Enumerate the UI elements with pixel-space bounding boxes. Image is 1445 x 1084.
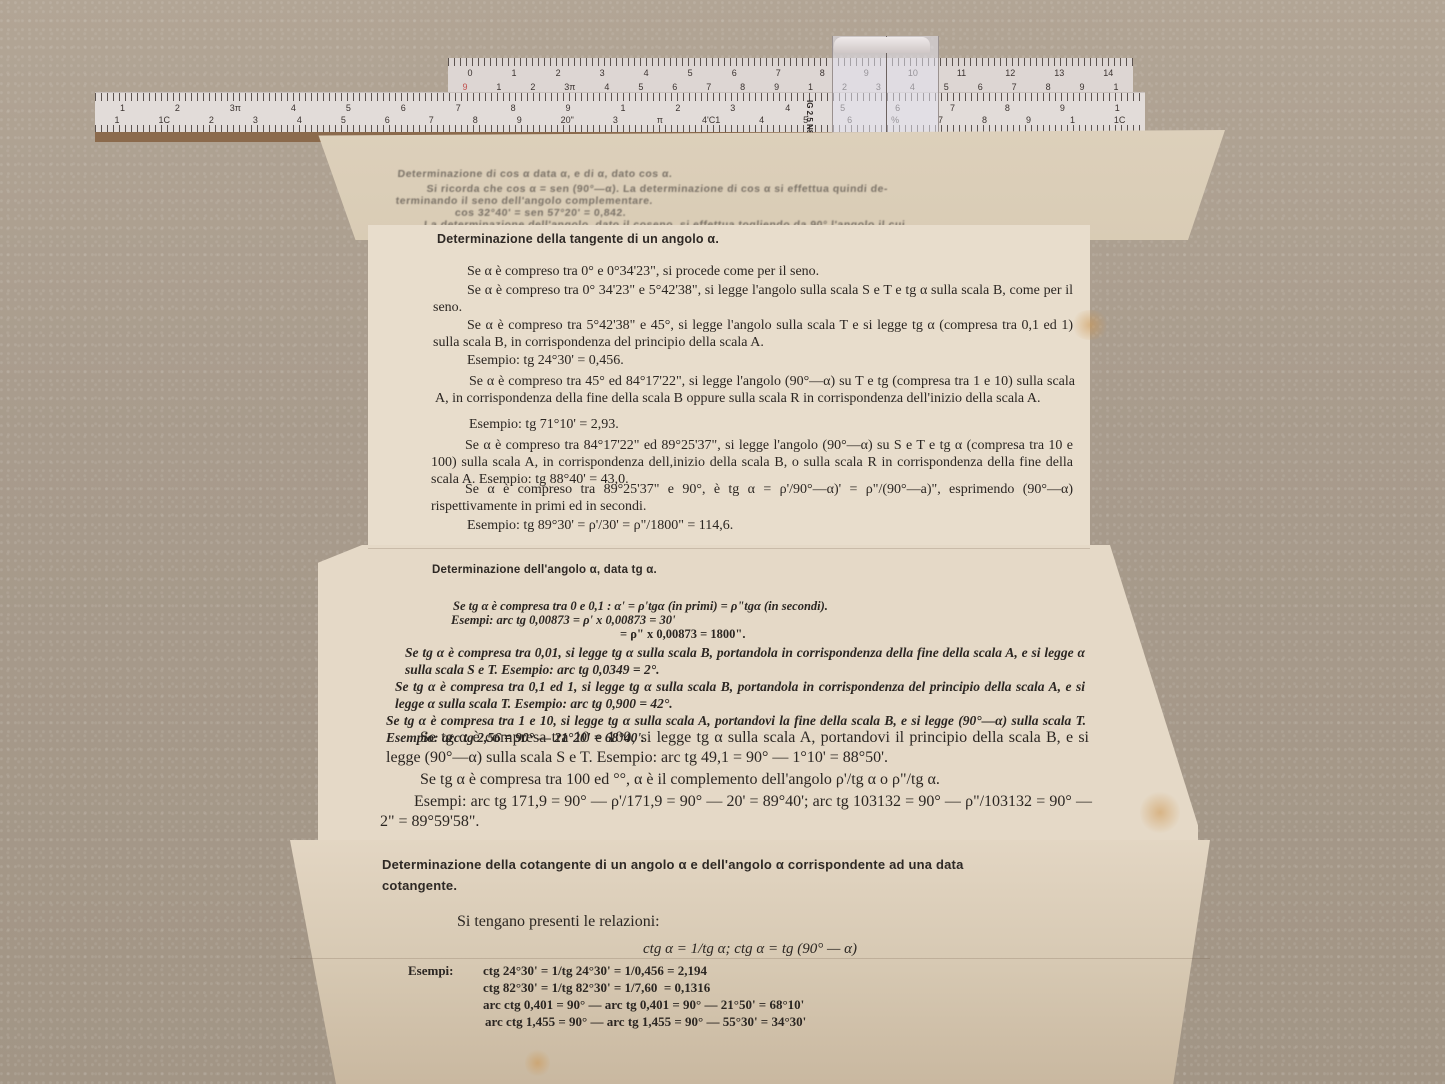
scale-number: 6	[672, 82, 677, 92]
scale-number: 5	[638, 82, 643, 92]
scale-number: 3	[730, 103, 735, 113]
arctan-paragraph: Se tg α è compresa tra 10 e 100, si legg…	[386, 728, 1089, 768]
scale-number: 9	[1080, 82, 1085, 92]
scale-number: 2	[175, 103, 180, 113]
scale-number: 1	[120, 103, 125, 113]
tangent-paragraph: Se α è compreso tra 0° e 0°34'23", si pr…	[433, 263, 1073, 280]
scale-number: 1	[1070, 115, 1075, 125]
scale-number: 2	[556, 68, 561, 78]
scale-number: 6	[401, 103, 406, 113]
tangent-paragraph: Se α è compreso tra 89°25'37" e 90°, è t…	[431, 481, 1073, 515]
section-heading-tangent: Determinazione della tangente di un ango…	[437, 232, 719, 246]
arctan-example: Esempi: arc tg 171,9 = 90° — ρ'/171,9 = …	[380, 792, 1092, 832]
scale-number: 8	[1005, 103, 1010, 113]
tangent-example: Esempio: tg 24°30' = 0,456.	[433, 352, 1073, 369]
paper-fold	[368, 548, 1090, 549]
scale-number: 4	[297, 115, 302, 125]
cotangent-example-row: arc ctg 0,401 = 90° — arc tg 0,401 = 90°…	[483, 996, 804, 1013]
scale-number: 1	[620, 103, 625, 113]
scale-number: 7	[1012, 82, 1017, 92]
section-heading-cotangent: Determinazione della cotangente di un an…	[382, 857, 964, 872]
cotangent-example-row: arc ctg 1,455 = 90° — arc tg 1,455 = 90°…	[485, 1013, 806, 1030]
scale-number: 8	[820, 68, 825, 78]
scale-number: 6	[385, 115, 390, 125]
scale-number: 4'C1	[702, 115, 720, 125]
scale-number: 7	[776, 68, 781, 78]
scale-number: 2	[675, 103, 680, 113]
scale-number: 4	[291, 103, 296, 113]
scale-number: 1	[114, 115, 119, 125]
cotangent-example-row: ctg 82°30' = 1/tg 82°30' = 1/7,60 = 0,13…	[483, 979, 710, 996]
scale-number: 8	[982, 115, 987, 125]
scale-number: 9	[566, 103, 571, 113]
paper-stain	[1070, 310, 1110, 340]
middle-scale-numbers: 123π4567891234567891	[95, 103, 1145, 113]
slide-rule-brand-tag: IG 2.5 NS	[802, 100, 814, 136]
scale-number: 4	[759, 115, 764, 125]
cotangent-intro: Si tengano presenti le relazioni:	[457, 912, 660, 932]
scale-number: π	[657, 115, 663, 125]
arctan-paragraph: Se tg α è compresa tra 0,1 ed 1, si legg…	[395, 678, 1085, 712]
scale-number: 1	[808, 82, 813, 92]
scale-number: 2	[209, 115, 214, 125]
scale-number: 7	[429, 115, 434, 125]
tangent-paragraph: Se α è compreso tra 0° 34'23" e 5°42'38"…	[433, 282, 1073, 316]
section-heading-cotangent-cont: cotangente.	[382, 878, 457, 893]
tangent-example: Esempio: tg 89°30' = ρ'/30' = ρ"/1800" =…	[433, 517, 1073, 534]
scale-number: 1	[1115, 103, 1120, 113]
scale-number: 7	[456, 103, 461, 113]
arctan-paragraph: Se tg α è compresa tra 0,01, si legge tg…	[405, 644, 1085, 678]
scale-number: 8	[511, 103, 516, 113]
scale-number: 1	[1113, 82, 1118, 92]
scale-number: 5	[688, 68, 693, 78]
scale-number: 3	[253, 115, 258, 125]
scale-number: 7	[950, 103, 955, 113]
faded-line: Si ricorda che cos α = sen (90°—α). La d…	[396, 183, 1177, 195]
scale-number: 1C	[158, 115, 170, 125]
scale-ticks	[448, 58, 1133, 66]
scale-number: 14	[1103, 68, 1113, 78]
faded-heading: Determinazione di cos α data α, e di α, …	[397, 168, 1178, 180]
scale-number: 3π	[564, 82, 575, 92]
paper-fold	[290, 958, 1210, 959]
scale-number: 6	[732, 68, 737, 78]
scale-number: 8	[473, 115, 478, 125]
scale-ticks	[95, 93, 1145, 101]
scale-number: 4	[644, 68, 649, 78]
upper-scale-numbers: 9123π4567891234567891	[448, 82, 1133, 92]
section-heading-arctan: Determinazione dell'angolo α, data tg α.	[432, 564, 657, 576]
scale-number: 3π	[230, 103, 241, 113]
scale-number: 2	[530, 82, 535, 92]
scale-number: 4	[604, 82, 609, 92]
paper-top-flap: Determinazione di cos α data α, e di α, …	[300, 130, 1225, 240]
faded-line: terminando il seno dell'angolo complemen…	[395, 195, 1176, 207]
scale-number: 3	[600, 68, 605, 78]
scale-number: 8	[740, 82, 745, 92]
scale-number: 6	[978, 82, 983, 92]
scale-number: 9	[774, 82, 779, 92]
scale-number: 3	[613, 115, 618, 125]
faded-line: cos 32°40' = sen 57°20' = 0,842.	[394, 207, 1175, 219]
cursor-grip[interactable]	[834, 37, 930, 53]
scale-number: 5	[346, 103, 351, 113]
scale-number: 12	[1005, 68, 1015, 78]
cotangent-examples-label: Esempi:	[408, 962, 454, 979]
scale-number: 5	[341, 115, 346, 125]
scale-number: 9	[517, 115, 522, 125]
scale-number: 9	[1026, 115, 1031, 125]
slide-rule-body[interactable]: 123π4567891234567891 11C2345678920"3π4'C…	[95, 92, 1145, 133]
tangent-paragraph: Se α è compreso tra 5°42'38" e 45°, si l…	[433, 317, 1073, 351]
arctan-paragraph: Se tg α è compresa tra 100 ed °°, α è il…	[386, 770, 1089, 790]
scale-number: 1C	[1114, 115, 1126, 125]
lower-scale-numbers: 11C2345678920"3π4'C1456%78911C	[95, 115, 1145, 125]
scale-number: 0	[468, 68, 473, 78]
paper-stain	[1140, 790, 1180, 835]
scale-number: 11	[957, 68, 966, 78]
scale-number: 9	[462, 82, 467, 92]
cotangent-formula: ctg α = 1/tg α; ctg α = tg (90° — α)	[540, 941, 960, 958]
tangent-paragraph: Se α è compreso tra 45° ed 84°17'22", si…	[435, 373, 1075, 407]
scale-number: 4	[785, 103, 790, 113]
scale-number: 13	[1054, 68, 1064, 78]
scale-number: 1	[496, 82, 501, 92]
scale-number: 1	[512, 68, 517, 78]
top-scale-numbers: 01234567891011121314	[448, 68, 1133, 78]
tangent-example: Esempio: tg 71°10' = 2,93.	[435, 416, 1075, 433]
scale-number: 9	[1060, 103, 1065, 113]
scale-number: 5	[944, 82, 949, 92]
arctan-formula-line: = ρ" x 0,00873 = 1800".	[620, 626, 1020, 643]
paper-stain	[525, 1048, 550, 1078]
scale-number: 7	[706, 82, 711, 92]
scale-number: 20"	[561, 115, 574, 125]
cotangent-example-row: ctg 24°30' = 1/tg 24°30' = 1/0,456 = 2,1…	[483, 962, 707, 979]
scale-number: 8	[1046, 82, 1051, 92]
